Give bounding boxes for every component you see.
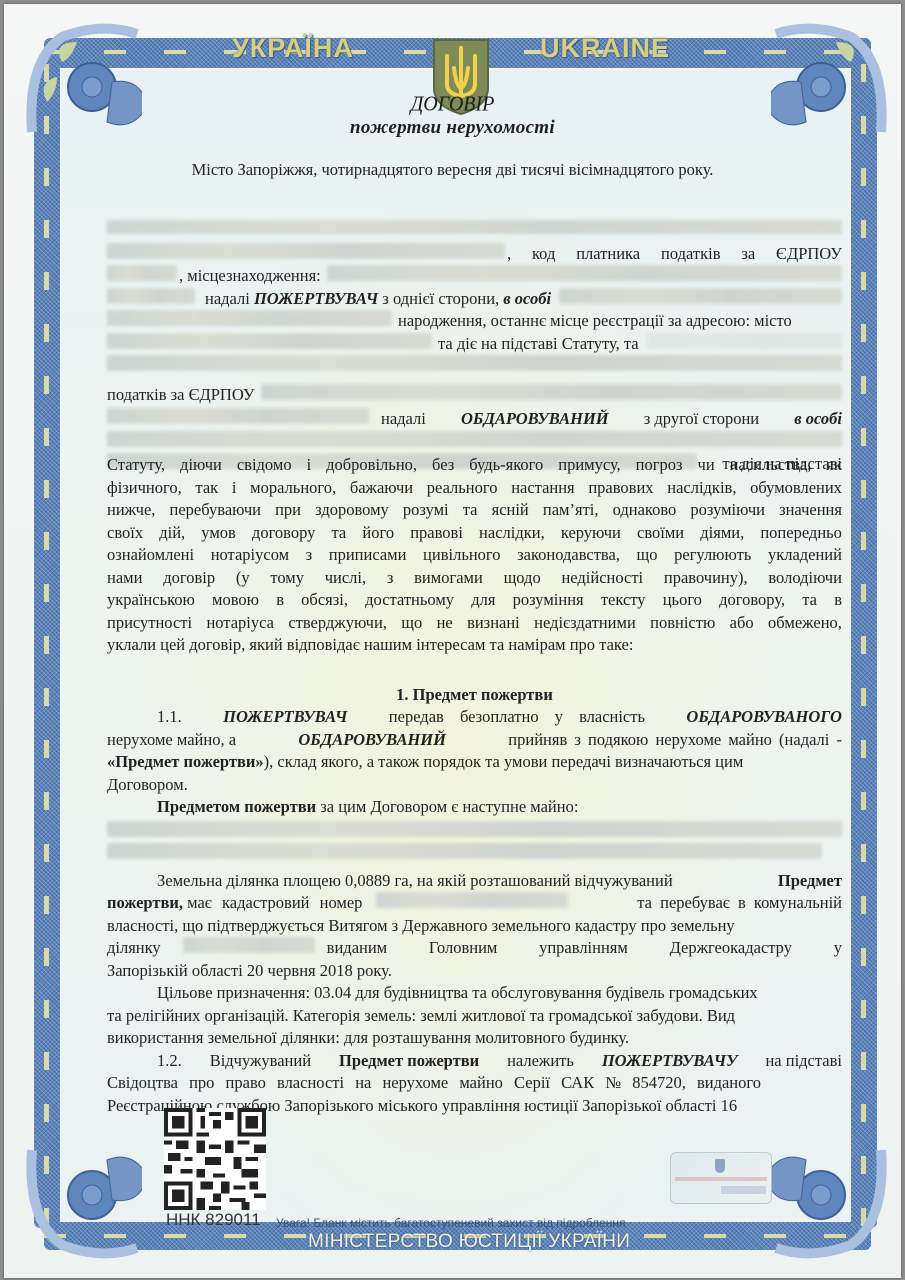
text-line: «Предмет пожертви» ), склад якого, а так… — [107, 751, 842, 774]
text-word: передав безоплатно у власність — [389, 706, 645, 729]
defined-term: пожертви, — [107, 892, 183, 915]
footer-band-ministry: МІНІСТЕРСТВО ЮСТИЦІЇ УКРАЇНИ — [308, 1231, 630, 1253]
text-segment: 1.2. Відчужуваний Предмет пожертви належ… — [157, 1050, 842, 1073]
text-line — [107, 220, 842, 243]
text-line: своїхдій,умовдоговорутайогоправовінаслід… — [107, 522, 842, 545]
text-word: ПОЖЕРТВУВАЧ — [223, 706, 347, 729]
section-heading: 1. Предмет пожертви — [107, 684, 842, 706]
text-word: ПОЖЕРТВУВАЧУ — [602, 1050, 738, 1073]
clause-number: 1.2. — [157, 1050, 182, 1073]
text-line: нерухоме майно, а ОБДАРОВУВАНИЙ прийняв … — [107, 729, 842, 752]
trident-mini-icon — [715, 1159, 725, 1173]
text-line: Статуту,діючисвідомоідобровільно,безбудь… — [107, 454, 842, 477]
text-segment: за цим Договором є наступне майно: — [320, 796, 578, 819]
text-word: належить — [507, 1050, 574, 1073]
text-word: надалі — [381, 408, 426, 431]
text-segment: в особі — [503, 288, 551, 311]
text-line — [107, 843, 842, 866]
text-line — [107, 821, 842, 844]
redacted-text — [107, 265, 177, 281]
redacted-text — [107, 243, 505, 259]
text-line: та діє на підставі Статуту, та — [107, 333, 842, 356]
section-1: 1. Предмет пожертви 1.1. ПОЖЕРТВУВАЧ пер… — [107, 684, 842, 1117]
text-line: ділянку виданимГоловнимуправліннямДержге… — [107, 937, 842, 960]
text-segment: Договором. — [107, 774, 188, 797]
redacted-text — [107, 408, 369, 424]
text-line — [107, 355, 842, 378]
hologram-number — [721, 1186, 766, 1194]
text-word: нерухоме майно, а — [107, 729, 236, 752]
text-segment: виданимГоловнимуправліннямДержгеокадастр… — [315, 937, 842, 960]
clause-number: 1.1. — [157, 706, 182, 729]
frame-left-band — [34, 64, 60, 1228]
qr-code-icon — [164, 1108, 266, 1210]
text-word: з другої сторони — [644, 408, 759, 431]
redacted-text — [559, 288, 842, 304]
text-segment: надалі — [205, 288, 250, 311]
redacted-text — [261, 384, 842, 400]
text-line: Земельна ділянка площею 0,0889 га, на як… — [107, 870, 842, 893]
text-word: Відчужуваний — [210, 1050, 311, 1073]
redacted-text — [107, 843, 822, 859]
text-line — [107, 431, 842, 454]
redacted-text — [107, 288, 195, 304]
redacted-cadastral-number — [376, 892, 568, 908]
redacted-text — [107, 355, 842, 371]
text-segment: та релігійних організацій. Категорія зем… — [107, 1005, 735, 1028]
defined-term: «Предмет пожертви» — [107, 751, 264, 774]
text-line: Цільове призначення: 03.04 для будівницт… — [107, 982, 842, 1005]
text-line: надалі ПОЖЕРТВУВАЧ з однієї сторони, в о… — [107, 288, 842, 311]
text-segment: надалі ОБДАРОВУВАНИЙ з другої сторони в … — [381, 408, 842, 431]
text-line: використання земельної ділянки: для розт… — [107, 1027, 842, 1050]
text-word: ОБДАРОВУВАНИЙ — [298, 729, 446, 752]
text-line: уклали цей договір, який відповідає наши… — [107, 634, 842, 657]
text-line: народження, останнє місце реєстрації за … — [107, 310, 842, 333]
defined-term: Предметом пожертви — [157, 796, 316, 819]
text-segment: податків за ЄДРПОУ — [107, 384, 255, 407]
text-segment: власності, що підтверджується Витягом з … — [107, 915, 735, 938]
text-line: ознайомленінотаріусомзприписамицивільног… — [107, 544, 842, 567]
text-segment: ділянку — [107, 937, 161, 960]
document-subtitle: пожертви нерухомості — [0, 117, 905, 139]
text-word: ОБДАРОВУВАНОГО — [686, 706, 842, 729]
text-line: надалі ОБДАРОВУВАНИЙ з другої сторони в … — [107, 408, 842, 431]
header-band-label-ukrainian: УКРАЇНА — [232, 33, 354, 64]
text-segment: , місцезнаходження: — [177, 265, 327, 288]
preamble-paragraph: Статуту,діючисвідомоідобровільно,безбудь… — [107, 454, 842, 657]
defined-term: Предмет пожертви — [339, 1050, 479, 1073]
redacted-text — [107, 220, 842, 234]
text-line: нижче,перебуваючиприздоровомурозумітаясн… — [107, 499, 842, 522]
hologram-text — [675, 1177, 767, 1181]
floral-corner-ornament-icon — [22, 1140, 142, 1260]
frame-right-band — [851, 64, 877, 1228]
text-segment: Земельна ділянка площею 0,0889 га, на як… — [157, 870, 778, 893]
text-segment: 1.1. ПОЖЕРТВУВАЧ передав безоплатно у вл… — [157, 706, 842, 729]
text-segment: Запорізькій області 20 червня 2018 року. — [107, 960, 392, 983]
blank-serial-number: ННК 829011 — [166, 1210, 261, 1230]
text-segment: ,кодплатникаподатківзаЄДРПОУ — [505, 243, 842, 266]
text-word: прийняв з подякою нерухоме майно (надалі… — [508, 729, 842, 752]
text-line: , місцезнаходження: — [107, 265, 842, 288]
text-segment: та діє на підставі Статуту, та — [438, 333, 639, 356]
redacted-text — [107, 431, 842, 447]
hologram-sticker-icon — [670, 1152, 772, 1204]
text-segment: Свідоцтва про право власності на нерухом… — [107, 1072, 761, 1095]
text-segment: ), склад якого, а також порядок та умови… — [264, 751, 744, 774]
text-segment: має кадастровий номер — [187, 892, 362, 915]
text-line: Свідоцтва про право власності на нерухом… — [107, 1072, 842, 1095]
parties-block: ,кодплатникаподатківзаЄДРПОУ , місцезнах… — [107, 220, 842, 476]
defined-term: Предмет — [778, 870, 842, 893]
text-line: присутностінотаріусастверджуючи,щоневизн… — [107, 612, 842, 635]
text-line: ,кодплатникаподатківзаЄДРПОУ — [107, 243, 842, 266]
text-segment: Цільове призначення: 03.04 для будівницт… — [157, 982, 758, 1005]
text-line: 1.1. ПОЖЕРТВУВАЧ передав безоплатно у вл… — [107, 706, 842, 729]
place-and-date: Місто Запоріжжя, чотирнадцятого вересня … — [0, 160, 905, 180]
redacted-text — [327, 265, 842, 281]
text-line: намидоговір(утомучислі,звимогамищодонеді… — [107, 567, 842, 590]
redacted-text — [107, 821, 842, 837]
text-line: пожертви, має кадастровий номер та переб… — [107, 892, 842, 915]
redacted-text — [107, 310, 392, 326]
document-title: ДОГОВІР — [0, 93, 905, 116]
text-segment: народження, останнє місце реєстрації за … — [398, 310, 792, 333]
redacted-extract-number — [183, 937, 315, 953]
party-role-donor: ПОЖЕРТВУВАЧ — [254, 288, 378, 311]
text-segment: з однієї сторони, — [382, 288, 499, 311]
redacted-text — [647, 333, 842, 349]
text-line: Предметом пожертви за цим Договором є на… — [107, 796, 842, 819]
text-line: Запорізькій області 20 червня 2018 року. — [107, 960, 842, 983]
floral-corner-ornament-icon — [771, 1140, 891, 1260]
text-segment: використання земельної ділянки: для розт… — [107, 1027, 629, 1050]
text-word: на підставі — [765, 1050, 842, 1073]
text-line: податків за ЄДРПОУ — [107, 384, 842, 407]
text-line: Договором. — [107, 774, 842, 797]
text-line: українськоюмовоювобсязі,достатньомудляро… — [107, 589, 842, 612]
text-segment: нерухоме майно, а ОБДАРОВУВАНИЙ прийняв … — [107, 729, 842, 752]
text-segment: та перебуває в комунальній — [582, 892, 842, 915]
redacted-text — [107, 333, 432, 349]
text-line: фізичного,такіморального,бажаючиреальног… — [107, 477, 842, 500]
text-line: власності, що підтверджується Витягом з … — [107, 915, 842, 938]
security-warning: Увага! Бланк містить багатоступеневий за… — [276, 1216, 626, 1230]
text-line: 1.2. Відчужуваний Предмет пожертви належ… — [107, 1050, 842, 1073]
text-line: та релігійних організацій. Категорія зем… — [107, 1005, 842, 1028]
text-word: в особі — [794, 408, 842, 431]
header-band-label-english: UKRAINE — [540, 33, 670, 64]
party-role-donee: ОБДАРОВУВАНИЙ — [461, 408, 609, 431]
